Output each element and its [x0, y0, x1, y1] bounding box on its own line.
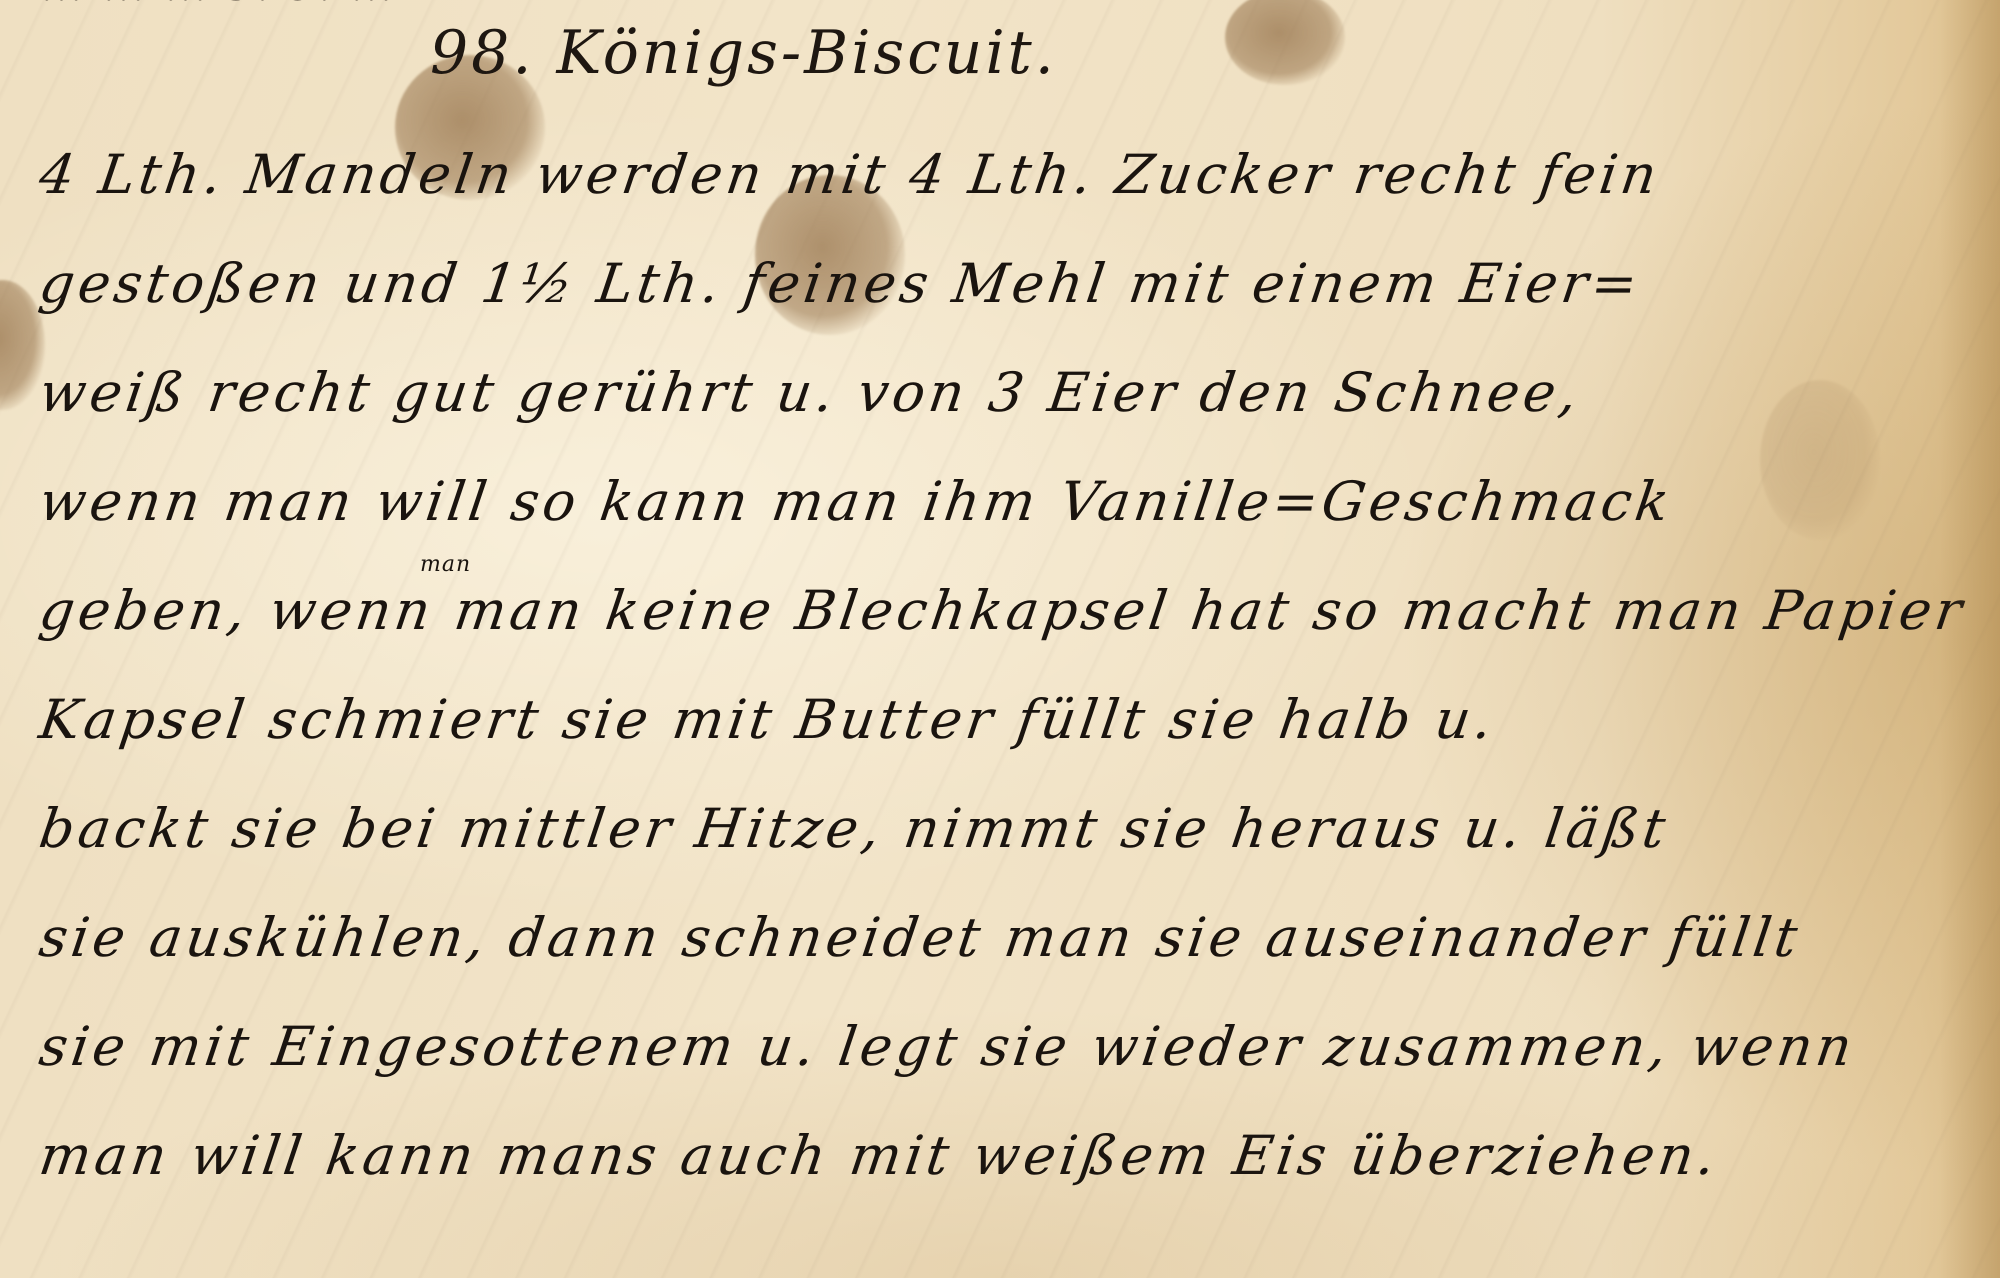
recipe-line: man will kann mans auch mit weißem Eis ü…: [32, 1101, 1987, 1210]
stain-spot: [1225, 0, 1345, 85]
previous-recipe-fragment: … … … 3. 5. …: [40, 0, 1940, 11]
recipe-title: 98. Königs-Biscuit.: [430, 18, 1057, 88]
page-edge-shadow: [1940, 0, 2000, 1278]
recipe-line: Kapsel schmiert sie mit Butter füllt sie…: [32, 665, 1987, 774]
recipe-line: sie auskühlen, dann schneidet man sie au…: [32, 883, 1987, 992]
interlinear-insertion: man: [420, 552, 471, 577]
recipe-line: sie mit Eingesottenem u. legt sie wieder…: [32, 992, 1987, 1101]
manuscript-page: … … … 3. 5. … 98. Königs-Biscuit. 4 Lth.…: [0, 0, 2000, 1278]
recipe-line: weiß recht gut gerührt u. von 3 Eier den…: [32, 338, 1987, 447]
recipe-line: wenn man will so kann man ihm Vanille=Ge…: [32, 447, 1987, 556]
recipe-line: gestoßen und 1½ Lth. feines Mehl mit ein…: [32, 229, 1987, 338]
recipe-line: geben, wenn man keine Blechkapsel hat so…: [32, 556, 1987, 665]
recipe-line: backt sie bei mittler Hitze, nimmt sie h…: [32, 774, 1987, 883]
recipe-body: 4 Lth. Mandeln werden mit 4 Lth. Zucker …: [40, 120, 1980, 1210]
recipe-line: 4 Lth. Mandeln werden mit 4 Lth. Zucker …: [32, 120, 1987, 229]
